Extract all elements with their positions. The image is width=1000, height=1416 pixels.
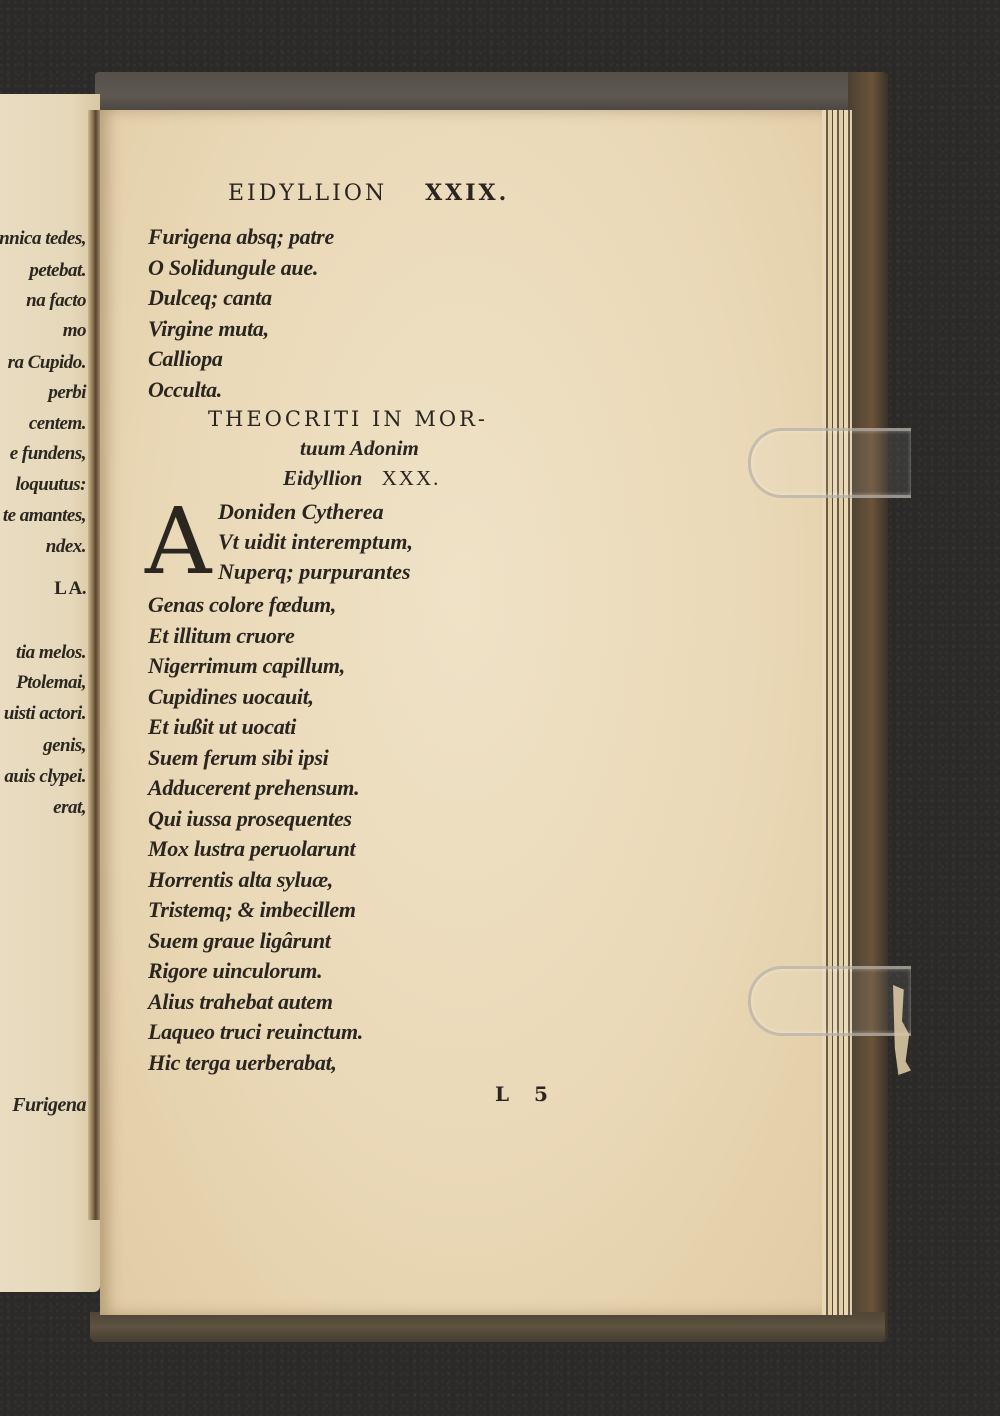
left-page-line: centem. (29, 413, 86, 435)
book-cover-top-edge (95, 72, 880, 112)
running-head: EIDYLLION XXIX. (228, 180, 509, 206)
verse-line: Qui iussa prosequentes (148, 804, 363, 835)
left-page-line: L A. (54, 578, 86, 600)
verse-line: Horrentis alta syluæ, (148, 865, 363, 896)
verse-line: O Solidungule aue. (148, 253, 334, 284)
verse-line: Et illitum cruore (148, 621, 363, 652)
verse-line: Laqueo truci reuinctum. (148, 1017, 363, 1048)
verse-line: Mox lustra peruolarunt (148, 834, 363, 865)
page-clip-lower (748, 966, 911, 1036)
verse-block-top: Furigena absq; patre O Solidungule aue. … (148, 222, 334, 405)
book-cover-bottom-edge (90, 1312, 885, 1342)
verse-line: Occulta. (148, 375, 334, 406)
verse-line: Dulceq; canta (148, 283, 334, 314)
left-page-line: na facto (26, 290, 86, 312)
left-page-line: e fundens, (10, 443, 86, 465)
left-page-line: genis, (43, 735, 86, 757)
left-page-line: loquutus: (16, 474, 86, 496)
left-page-line: te amantes, (3, 505, 86, 527)
verse-line: Suem graue ligârunt (148, 926, 363, 957)
verse-line: Et iußit ut uocati (148, 712, 363, 743)
page-stack-edges (822, 110, 852, 1315)
verse-line: Virgine muta, (148, 314, 334, 345)
drop-cap-lines: Doniden Cytherea Vt uidit interemptum, N… (218, 497, 413, 587)
section-idyll-number: Eidyllion XXX. (283, 466, 440, 491)
left-page-line: petebat. (29, 260, 86, 282)
left-page-line: ra Cupido. (8, 352, 86, 374)
signature-letter: L (495, 1082, 509, 1106)
verse-line: Cupidines uocauit, (148, 682, 363, 713)
book-cover-fore-edge (848, 72, 888, 1342)
idyll-label: Eidyllion (283, 466, 362, 490)
verse-line: Alius trahebat autem (148, 987, 363, 1018)
verse-line: Hic terga uerberabat, (148, 1048, 363, 1079)
left-page-catchword: Furigena (12, 1094, 86, 1117)
verse-line: Suem ferum sibi ipsi (148, 743, 363, 774)
section-subtitle: tuum Adonim (300, 436, 419, 461)
left-page-line: erat, (53, 797, 86, 819)
running-head-number: XXIX. (425, 180, 509, 206)
verse-line: Furigena absq; patre (148, 222, 334, 253)
left-page-line: nnica tedes, (0, 228, 86, 250)
section-title: THEOCRITI IN MOR- (208, 407, 488, 431)
left-page-line: mo (63, 320, 86, 342)
left-page-line: perbi (48, 382, 86, 404)
left-page-line: uisti actori. (4, 703, 86, 725)
verse-block-body: Genas colore fœdum, Et illitum cruore Ni… (148, 590, 363, 1078)
left-page: nnica tedes, petebat. na facto mo ra Cup… (0, 94, 100, 1292)
left-page-line: tia melos. (16, 642, 86, 664)
left-page-line: ndex. (46, 536, 86, 558)
running-head-title: EIDYLLION (228, 181, 387, 206)
verse-line: Genas colore fœdum, (148, 590, 363, 621)
verse-line: Nuperq; purpurantes (218, 557, 413, 587)
verse-line: Adducerent prehensum. (148, 773, 363, 804)
drop-cap-initial: A (145, 496, 211, 588)
verse-line: Doniden Cytherea (218, 497, 413, 527)
verse-line: Vt uidit interemptum, (218, 527, 413, 557)
signature-mark: L 5 (495, 1082, 548, 1106)
idyll-number: XXX. (382, 466, 441, 490)
verse-line: Rigore uinculorum. (148, 956, 363, 987)
verse-line: Tristemq; & imbecillem (148, 895, 363, 926)
verse-line: Calliopa (148, 344, 334, 375)
left-page-line: Ptolemai, (16, 672, 86, 694)
page-clip-upper (748, 428, 911, 498)
left-page-line: auis clypei. (4, 766, 86, 788)
signature-number: 5 (534, 1082, 548, 1106)
verse-line: Nigerrimum capillum, (148, 651, 363, 682)
